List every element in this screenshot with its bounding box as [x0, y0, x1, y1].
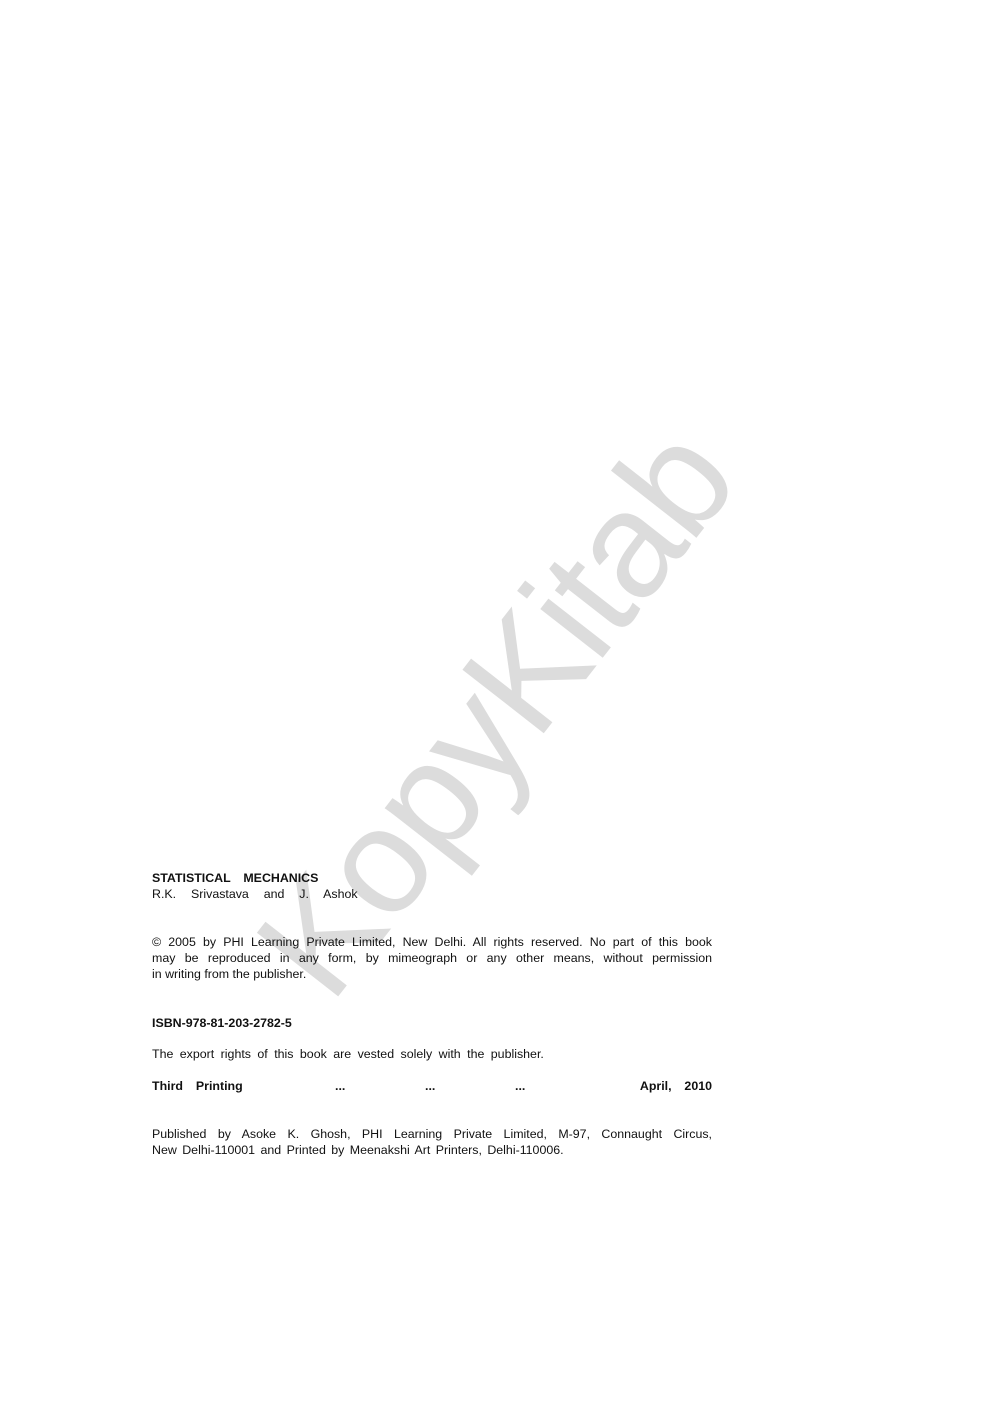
book-title: STATISTICAL MECHANICS	[152, 870, 712, 886]
watermark-text: KopyKitab	[222, 396, 768, 1027]
isbn: ISBN-978-81-203-2782-5	[152, 1015, 712, 1031]
publisher-line-1: Published by Asoke K. Ghosh, PHI Learnin…	[152, 1126, 712, 1142]
export-rights-notice: The export rights of this book are veste…	[152, 1046, 712, 1062]
printing-label: Third Printing	[152, 1078, 335, 1094]
printing-info: Third Printing ... ... ... April, 2010	[152, 1078, 712, 1094]
printing-dots-3: ...	[515, 1078, 605, 1094]
publisher-line-2: New Delhi-110001 and Printed by Meenaksh…	[152, 1142, 712, 1158]
printing-date: April, 2010	[640, 1078, 712, 1094]
book-info: STATISTICAL MECHANICS R.K. Srivastava an…	[152, 870, 712, 902]
printing-dots-1: ...	[335, 1078, 425, 1094]
copyright-line-2: may be reproduced in any form, by mimeog…	[152, 950, 712, 966]
copyright-notice: © 2005 by PHI Learning Private Limited, …	[152, 934, 712, 982]
printing-dots-2: ...	[425, 1078, 515, 1094]
copyright-line-1: © 2005 by PHI Learning Private Limited, …	[152, 934, 712, 950]
copyright-line-3: in writing from the publisher.	[152, 966, 712, 982]
publisher-info: Published by Asoke K. Ghosh, PHI Learnin…	[152, 1126, 712, 1158]
book-authors: R.K. Srivastava and J. Ashok	[152, 886, 712, 902]
